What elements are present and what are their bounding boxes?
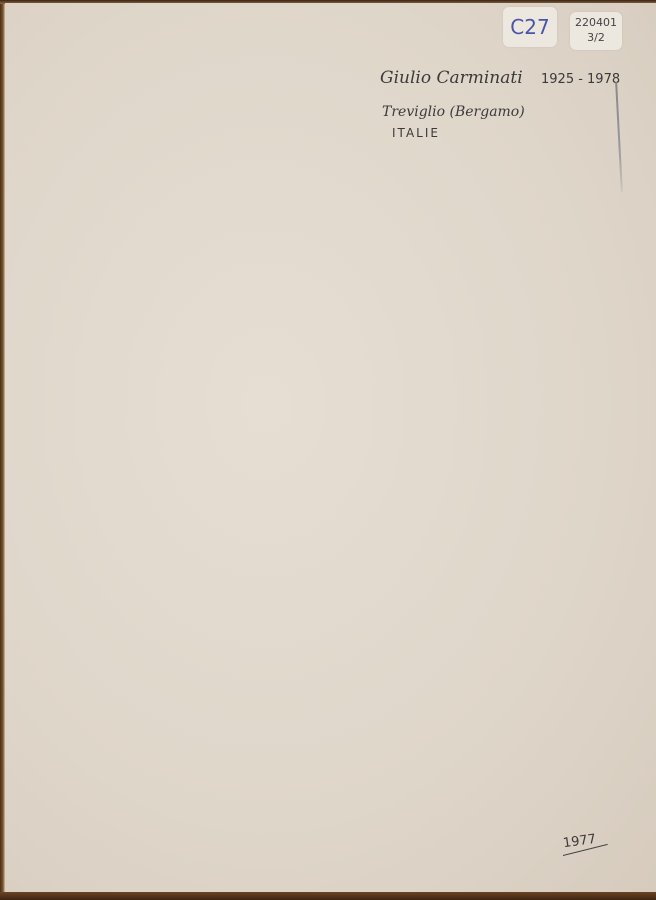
artist-country: ITALIE — [392, 126, 440, 140]
artist-dates: 1925 - 1978 — [541, 72, 620, 87]
frame-bottom-edge — [0, 892, 656, 900]
inventory-fraction: 3/2 — [570, 30, 622, 45]
artist-city: Treviglio (Bergamo) — [382, 104, 525, 120]
inventory-label: 220401 3/2 — [570, 12, 622, 50]
artist-name: Giulio Carminati — [380, 68, 523, 88]
paper-backing — [5, 3, 656, 893]
inventory-number: 220401 — [570, 15, 622, 30]
catalog-label: C27 — [503, 7, 557, 47]
catalog-code: C27 — [510, 15, 549, 39]
